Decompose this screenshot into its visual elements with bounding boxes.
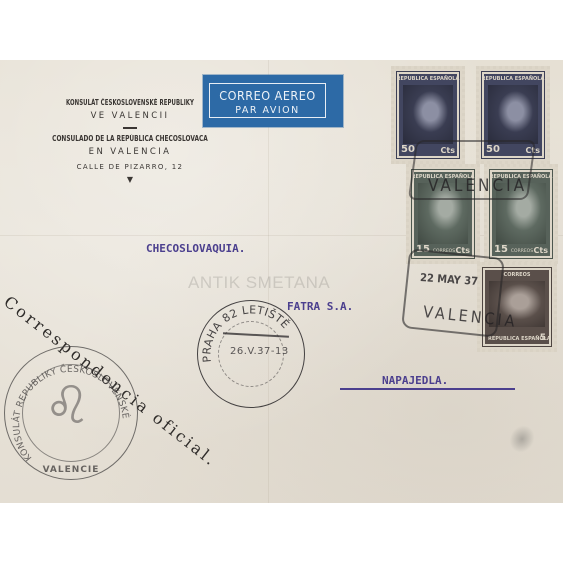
address-underline [340,388,515,390]
stamp-country: REPUBLICA ESPAÑOLA [394,76,462,82]
ink-smudge [505,421,540,457]
sender-address: CALLE DE PIZARRO, 12 [30,163,230,171]
address-recipient: FATRA S.A. [287,300,353,313]
portrait-image [403,85,453,144]
address-city: NAPAJEDLA. [382,374,448,387]
svg-text:PRAHA 82 LETIŠTĚ: PRAHA 82 LETIŠTĚ [200,303,292,363]
airmail-label-line-1: CORREO AEREO [210,88,325,103]
triangle-icon: ▼ [30,175,230,184]
sender-line-4: EN VALENCIA [30,147,230,157]
sender-line-3: CONSULADO DE LA REPÚBLICA CHECOSLOVACA [52,134,208,143]
portrait-image [488,85,538,144]
svg-text:KONSULÁT REPUBLIKY ČESKOSLOVEN: KONSULÁT REPUBLIKY ČESKOSLOVENSKÉ [10,363,132,463]
seal-ring-text: KONSULÁT REPUBLIKY ČESKOSLOVENSKÉ [4,346,138,480]
sender-line-2: VE VALENCII [30,111,230,121]
stamp-value: 5 [540,333,546,343]
valencia-postmark-upper-text: VALENCIA [428,176,527,196]
stamp-unit: Cts [534,246,548,255]
address-country: CHECOSLOVAQUIA. [146,242,245,255]
envelope: KONSULÁT ČESKOSLOVENSKÉ REPUBLIKY VE VAL… [0,60,563,503]
sender-line-1: KONSULÁT ČESKOSLOVENSKÉ REPUBLIKY [50,98,210,107]
praha-postmark-ring-text: PRAHA 82 LETIŠTĚ [197,300,305,408]
sender-header: KONSULÁT ČESKOSLOVENSKÉ REPUBLIKY VE VAL… [30,98,230,184]
stamp-value: 50 [401,144,415,155]
airmail-label-line-2: PAR AVION [210,105,325,116]
watermark: ANTIK SMETANA [188,273,330,293]
divider [123,127,137,129]
airmail-label: CORREO AEREO PAR AVION [203,75,343,127]
stamp-country: REPUBLICA ESPAÑOLA [479,76,547,82]
